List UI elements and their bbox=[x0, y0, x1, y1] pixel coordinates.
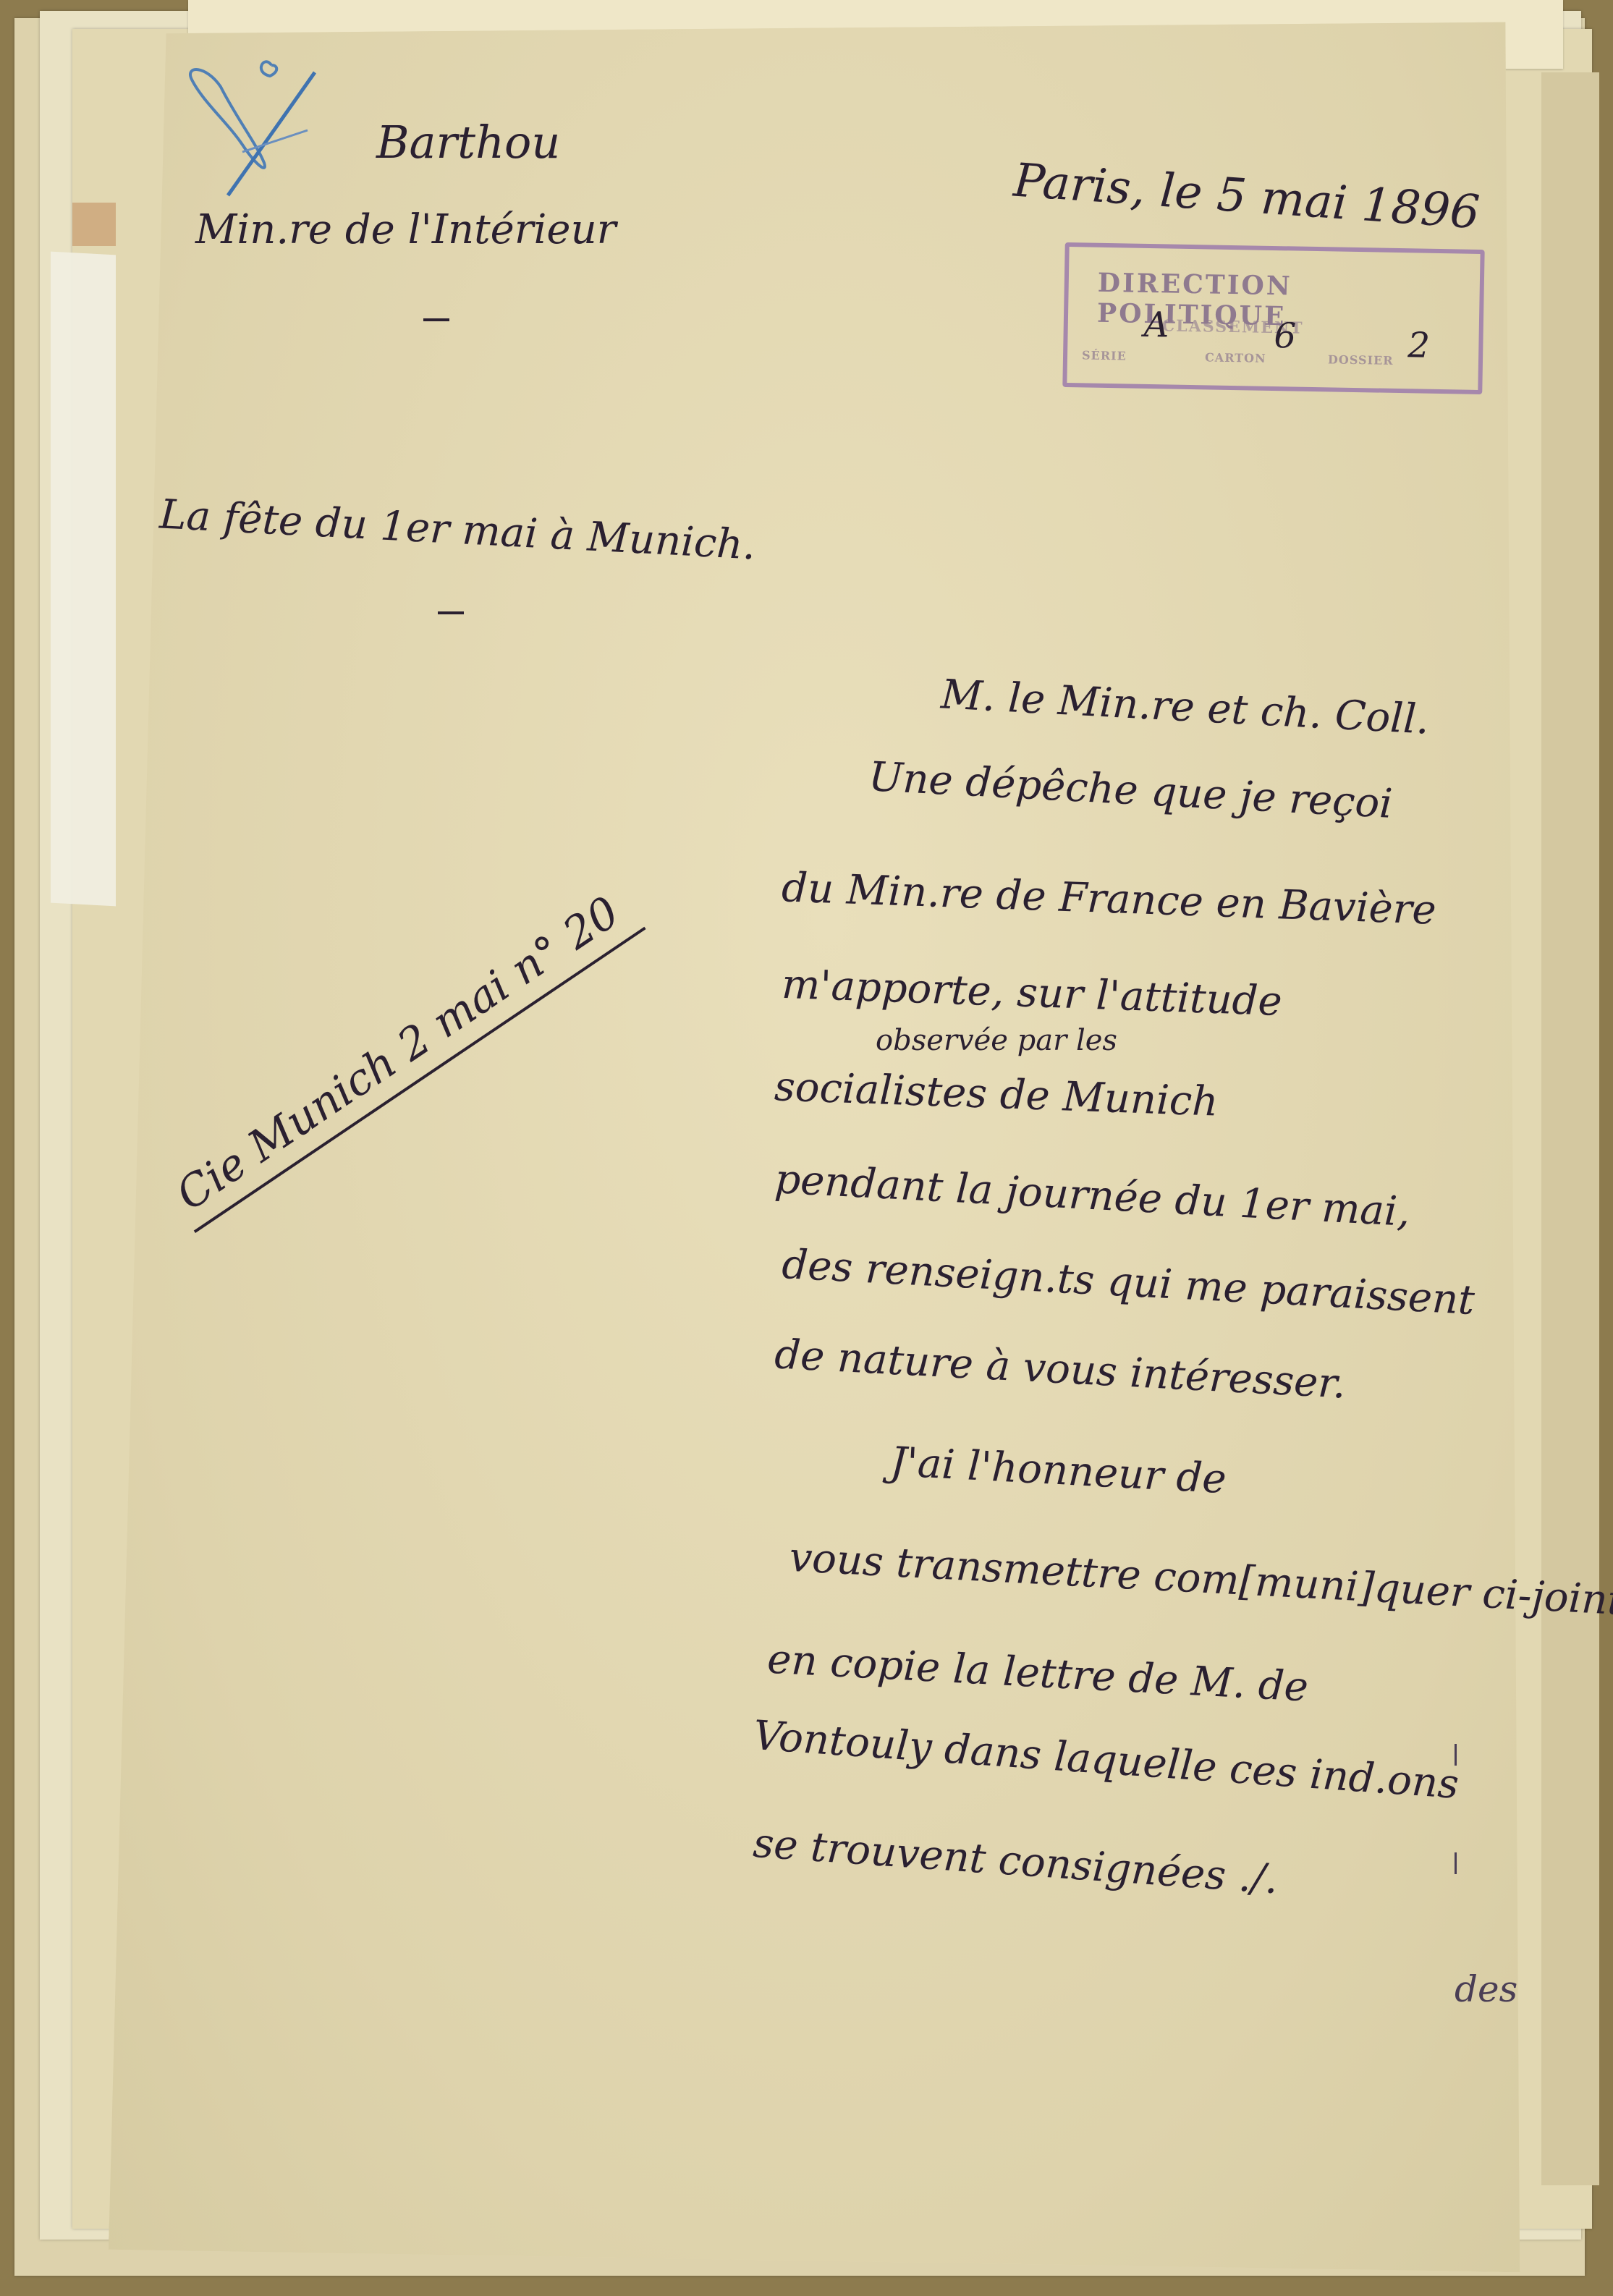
blue-pencil-paraph-icon bbox=[185, 58, 322, 203]
stamp-dossier-label: DOSSIER bbox=[1328, 352, 1394, 368]
stamp-dossier-value: 2 bbox=[1407, 325, 1431, 366]
margin-tick bbox=[1455, 1852, 1457, 1874]
tissue-paper-edge bbox=[51, 252, 116, 907]
sender-name: Barthou bbox=[376, 116, 560, 169]
right-paper-edge bbox=[1541, 72, 1599, 2185]
separator-dash bbox=[438, 611, 464, 614]
stamp-carton-value: 6 bbox=[1274, 315, 1297, 357]
direction-politique-stamp: DIRECTION POLITIQUE CLASSEMENT SÉRIE A C… bbox=[1062, 242, 1484, 394]
stamp-serie-value: A bbox=[1143, 305, 1169, 346]
insertion-above-line: observée par les bbox=[876, 1024, 1117, 1057]
tape-strip bbox=[72, 203, 116, 246]
stamp-carton-label: CARTON bbox=[1205, 350, 1266, 365]
stamp-serie-label: SÉRIE bbox=[1082, 348, 1127, 363]
catchword: des bbox=[1455, 1968, 1517, 2010]
separator-dash bbox=[423, 318, 449, 321]
sender-ministry: Min.re de l'Intérieur bbox=[195, 206, 616, 253]
margin-tick bbox=[1455, 1744, 1457, 1766]
